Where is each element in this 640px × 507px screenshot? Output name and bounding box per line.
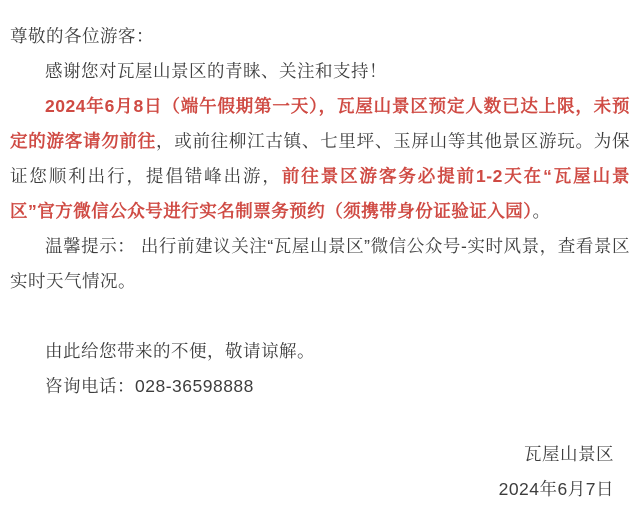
sentence-end-period: 。 [533, 201, 551, 221]
notice-document: 尊敬的各位游客： 感谢您对瓦屋山景区的青睐、关注和支持！ 2024年6月8日（端… [0, 0, 640, 507]
main-paragraph: 2024年6月8日（端午假期第一天），瓦屋山景区预定人数已达上限，未预定的游客请… [10, 89, 630, 229]
salutation-line: 尊敬的各位游客： [10, 19, 630, 54]
signature-date: 2024年6月7日 [10, 472, 614, 507]
signature-block: 瓦屋山景区 2024年6月7日 [10, 437, 630, 507]
thanks-line: 感谢您对瓦屋山景区的青睐、关注和支持！ [10, 54, 630, 89]
signature-org-name: 瓦屋山景区 [10, 437, 614, 472]
tip-paragraph: 温馨提示： 出行前建议关注“瓦屋山景区”微信公众号-实时风景，查看景区实时天气情… [10, 229, 630, 299]
phone-line: 咨询电话：028-36598888 [10, 369, 630, 404]
apology-line: 由此给您带来的不便，敬请谅解。 [10, 334, 630, 369]
